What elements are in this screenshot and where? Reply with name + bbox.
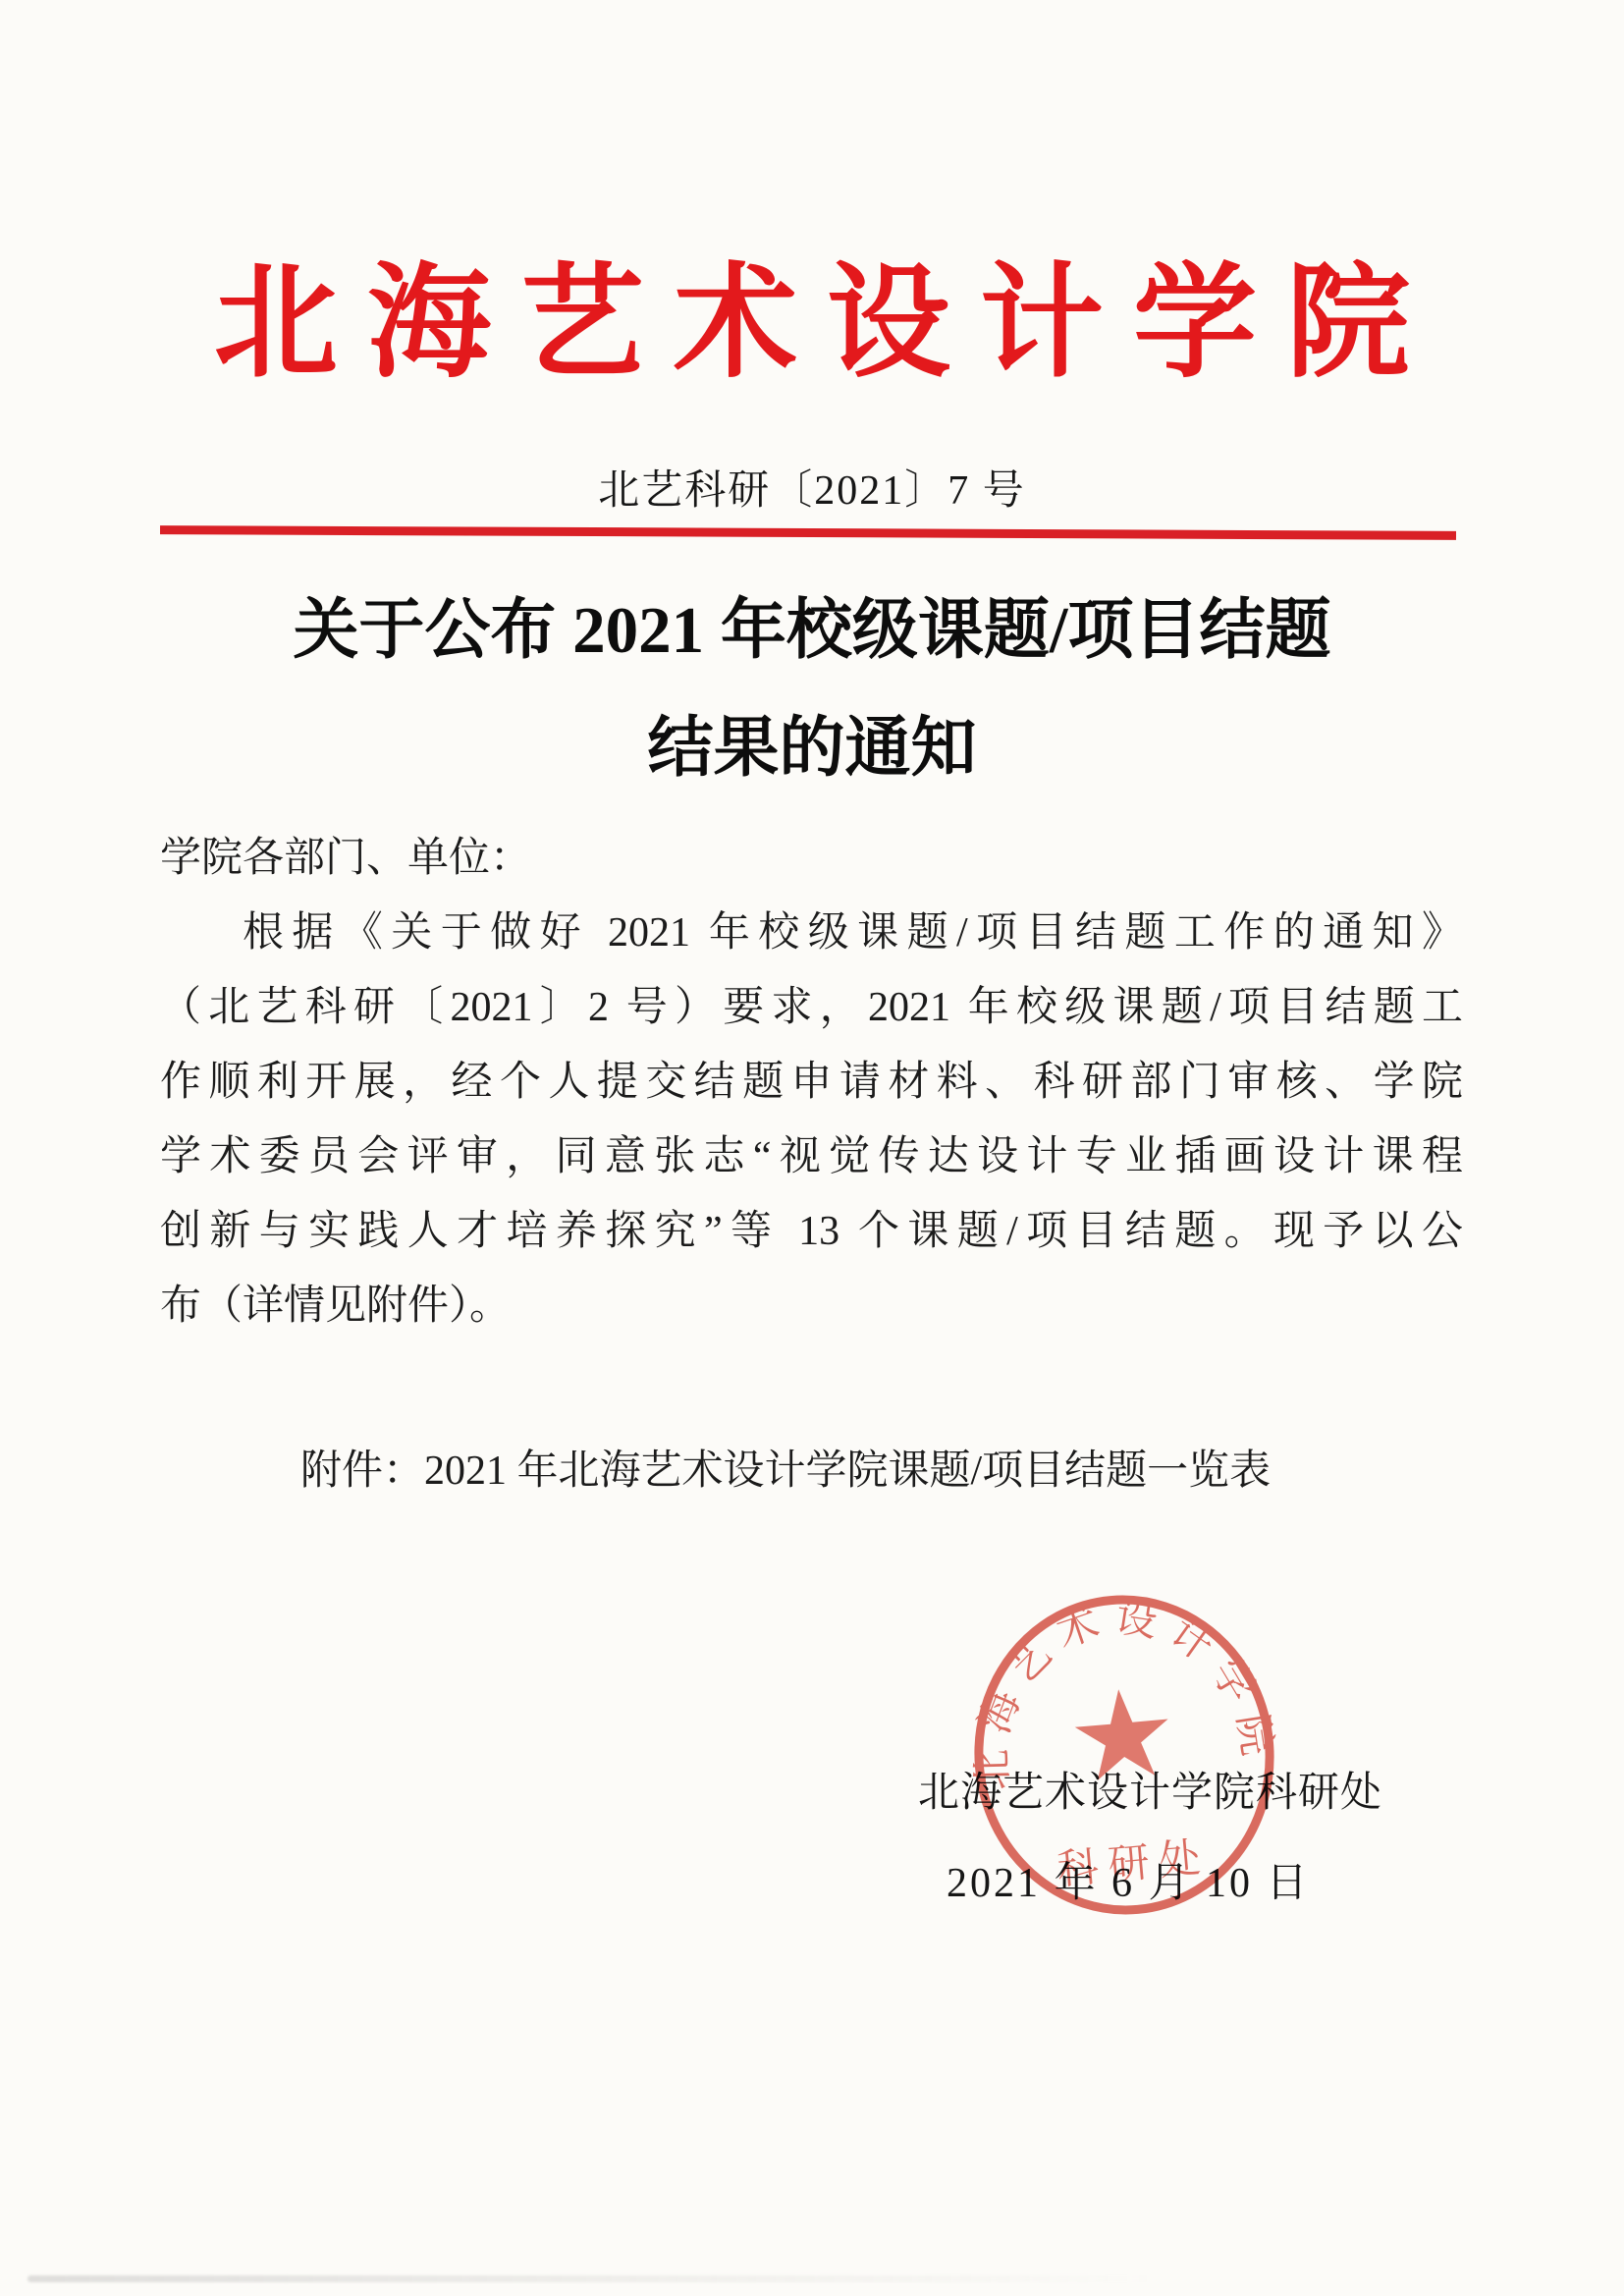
official-red-seal: 北海艺术设计学院 科研处 <box>952 1578 1296 1933</box>
seal-graphic: 北海艺术设计学院 科研处 <box>952 1578 1296 1933</box>
paragraph-line: （北艺科研〔2021〕2 号）要求，2021 年校级课题/项目结题工 <box>160 970 1463 1045</box>
star-icon <box>1072 1685 1173 1781</box>
notice-title-line2: 结果的通知 <box>0 695 1624 790</box>
attachment-reference: 附件：2021 年北海艺术设计学院课题/项目结题一览表 <box>160 1442 1463 1501</box>
paragraph-line: 学术委员会评审，同意张志“视觉传达设计专业插画设计课程 <box>160 1120 1463 1194</box>
document-number: 北艺科研〔2021〕7 号 <box>0 458 1624 517</box>
scan-artifact-line <box>27 2275 1157 2282</box>
notice-body: 学院各部门、单位： 根据《关于做好 2021 年校级课题/项目结题工作的通知》 … <box>160 821 1463 1343</box>
paragraph-line: 创新与实践人才培养探究”等 13 个课题/项目结题。现予以公 <box>160 1194 1463 1269</box>
salutation-line: 学院各部门、单位： <box>160 821 1463 896</box>
paragraph-line: 作顺利开展，经个人提交结题申请材料、科研部门审核、学院 <box>160 1045 1463 1120</box>
official-notice-document: 北海艺术设计学院 北艺科研〔2021〕7 号 关于公布 2021 年校级课题/项… <box>0 0 1624 2296</box>
institution-masthead: 北海艺术设计学院 <box>0 251 1624 399</box>
paragraph-line: 根据《关于做好 2021 年校级课题/项目结题工作的通知》 <box>160 896 1463 970</box>
paragraph-line: 布（详情见附件）。 <box>160 1269 1463 1343</box>
notice-title-line1: 关于公布 2021 年校级课题/项目结题 <box>0 577 1624 672</box>
seal-bottom-text: 科研处 <box>1056 1835 1212 1893</box>
red-divider-rule <box>160 525 1456 540</box>
